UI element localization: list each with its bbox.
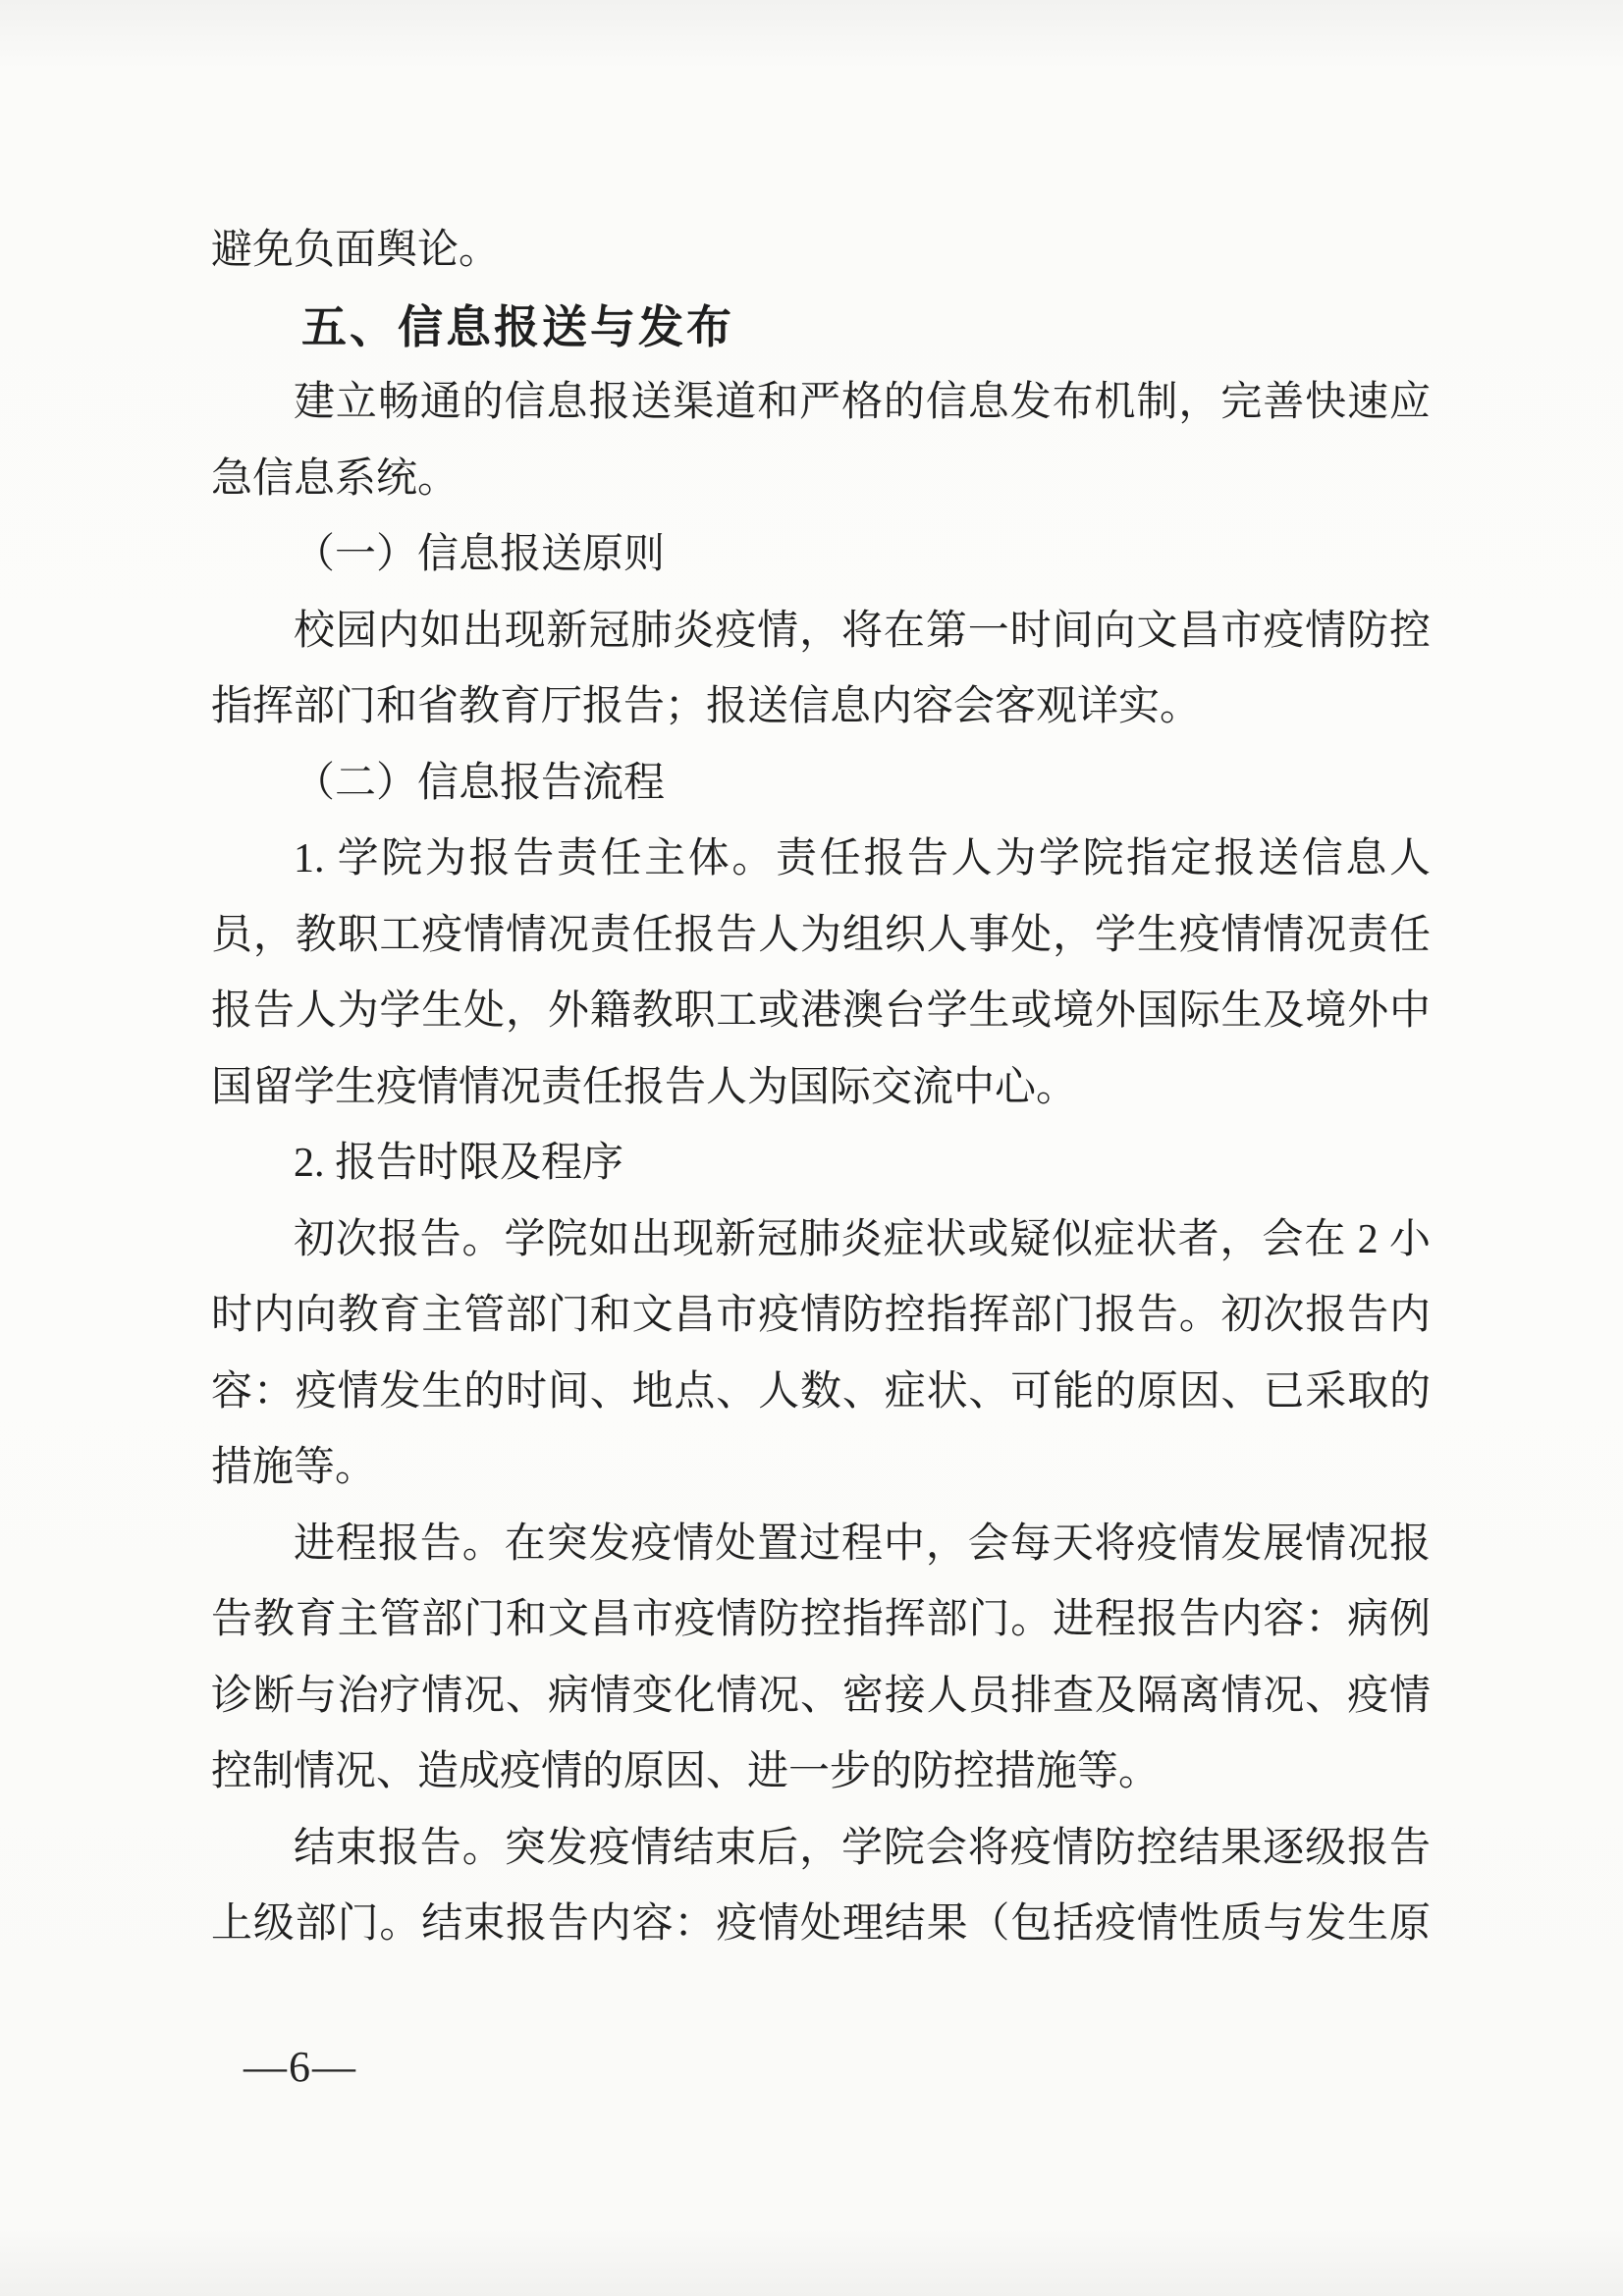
subsection-heading: （一）信息报送原则 (211, 517, 1431, 594)
text-line: 结束报告。突发疫情结束后，学院会将疫情防控结果逐级报告 (211, 1811, 1431, 1888)
subsection-heading: 2. 报告时限及程序 (211, 1126, 1431, 1202)
text-line: 指挥部门和省教育厅报告；报送信息内容会客观详实。 (211, 669, 1431, 746)
text-line: 进程报告。在突发疫情处置过程中，会每天将疫情发展情况报 (211, 1507, 1431, 1583)
text-line: 诊断与治疗情况、病情变化情况、密接人员排查及隔离情况、疫情 (211, 1659, 1431, 1735)
text-line: 告教育主管部门和文昌市疫情防控指挥部门。进程报告内容：病例 (211, 1582, 1431, 1659)
text-line: 建立畅通的信息报送渠道和严格的信息发布机制，完善快速应 (211, 365, 1431, 442)
text-line: 急信息系统。 (211, 442, 1431, 518)
text-line: 时内向教育主管部门和文昌市疫情防控指挥部门报告。初次报告内 (211, 1278, 1431, 1355)
text-line: 校园内如出现新冠肺炎疫情，将在第一时间向文昌市疫情防控 (211, 594, 1431, 670)
text-line: 上级部门。结束报告内容：疫情处理结果（包括疫情性质与发生原 (211, 1887, 1431, 1963)
page-number: —6— (243, 2042, 357, 2092)
text-line: 国留学生疫情情况责任报告人为国际交流中心。 (211, 1050, 1431, 1127)
text-line: 容：疫情发生的时间、地点、人数、症状、可能的原因、已采取的 (211, 1355, 1431, 1431)
document-body: 避免负面舆论。五、信息报送与发布建立畅通的信息报送渠道和严格的信息发布机制，完善… (211, 213, 1431, 1963)
text-line: 员，教职工疫情情况责任报告人为组织人事处，学生疫情情况责任 (211, 898, 1431, 975)
scanned-document-page: 避免负面舆论。五、信息报送与发布建立畅通的信息报送渠道和严格的信息发布机制，完善… (0, 0, 1623, 2296)
text-line: 1. 学院为报告责任主体。责任报告人为学院指定报送信息人 (211, 822, 1431, 898)
section-heading: 五、信息报送与发布 (211, 290, 1431, 366)
text-line: 初次报告。学院如出现新冠肺炎症状或疑似症状者，会在 2 小 (211, 1202, 1431, 1279)
paragraph-continuation-line: 避免负面舆论。 (211, 213, 1431, 290)
text-line: 报告人为学生处，外籍教职工或港澳台学生或境外国际生及境外中 (211, 974, 1431, 1050)
subsection-heading: （二）信息报告流程 (211, 746, 1431, 823)
text-line: 措施等。 (211, 1430, 1431, 1507)
text-line: 控制情况、造成疫情的原因、进一步的防控措施等。 (211, 1735, 1431, 1811)
